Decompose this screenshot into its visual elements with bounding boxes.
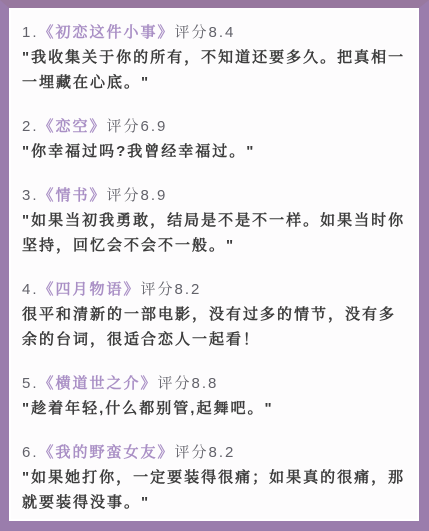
movie-entry-1: 1.《初恋这件小事》评分8.4 "我收集关于你的所有，不知道还要多久。把真相一一… [22, 20, 411, 95]
movie-title: 《四月物语》 [39, 281, 141, 298]
movie-quote: "你幸福过吗?我曾经幸福过。" [22, 139, 411, 164]
movie-rating: 评分8.9 [107, 187, 168, 204]
movie-title: 《情书》 [39, 187, 107, 204]
movie-entry-5: 5.《横道世之介》评分8.8 "趁着年轻,什么都别管,起舞吧。" [22, 371, 411, 421]
movie-title-line: 1.《初恋这件小事》评分8.4 [22, 20, 411, 45]
movie-entry-2: 2.《恋空》评分6.9 "你幸福过吗?我曾经幸福过。" [22, 114, 411, 164]
movie-index: 3. [22, 187, 39, 204]
movie-title: 《恋空》 [39, 118, 107, 135]
movie-title-line: 2.《恋空》评分6.9 [22, 114, 411, 139]
movie-title: 《横道世之介》 [39, 375, 158, 392]
movie-quote: "趁着年轻,什么都别管,起舞吧。" [22, 396, 411, 421]
movie-index: 6. [22, 444, 39, 461]
movie-quote: "如果她打你，一定要装得很痛；如果真的很痛，那就要装得没事。" [22, 465, 411, 515]
movie-index: 2. [22, 118, 39, 135]
movie-title-line: 6.《我的野蛮女友》评分8.2 [22, 440, 411, 465]
movie-list-card: 1.《初恋这件小事》评分8.4 "我收集关于你的所有，不知道还要多久。把真相一一… [0, 0, 429, 531]
movie-rating: 评分8.4 [175, 24, 236, 41]
movie-title-line: 5.《横道世之介》评分8.8 [22, 371, 411, 396]
movie-entry-6: 6.《我的野蛮女友》评分8.2 "如果她打你，一定要装得很痛；如果真的很痛，那就… [22, 440, 411, 515]
movie-rating: 评分8.2 [175, 444, 236, 461]
movie-rating: 评分6.9 [107, 118, 168, 135]
movie-title-line: 4.《四月物语》评分8.2 [22, 277, 411, 302]
movie-rating: 评分8.2 [141, 281, 202, 298]
movie-title-line: 3.《情书》评分8.9 [22, 183, 411, 208]
movie-index: 4. [22, 281, 39, 298]
movie-entry-3: 3.《情书》评分8.9 "如果当初我勇敢，结局是不是不一样。如果当时你坚持，回忆… [22, 183, 411, 258]
movie-description: 很平和清新的一部电影，没有过多的情节，没有多余的台词，很适合恋人一起看！ [22, 302, 411, 352]
movie-quote: "如果当初我勇敢，结局是不是不一样。如果当时你坚持，回忆会不会不一般。" [22, 208, 411, 258]
movie-entry-4: 4.《四月物语》评分8.2 很平和清新的一部电影，没有过多的情节，没有多余的台词… [22, 277, 411, 352]
movie-title: 《我的野蛮女友》 [39, 444, 175, 461]
movie-rating: 评分8.8 [158, 375, 219, 392]
movie-index: 1. [22, 24, 39, 41]
movie-title: 《初恋这件小事》 [39, 24, 175, 41]
movie-index: 5. [22, 375, 39, 392]
movie-quote: "我收集关于你的所有，不知道还要多久。把真相一一埋藏在心底。" [22, 45, 411, 95]
